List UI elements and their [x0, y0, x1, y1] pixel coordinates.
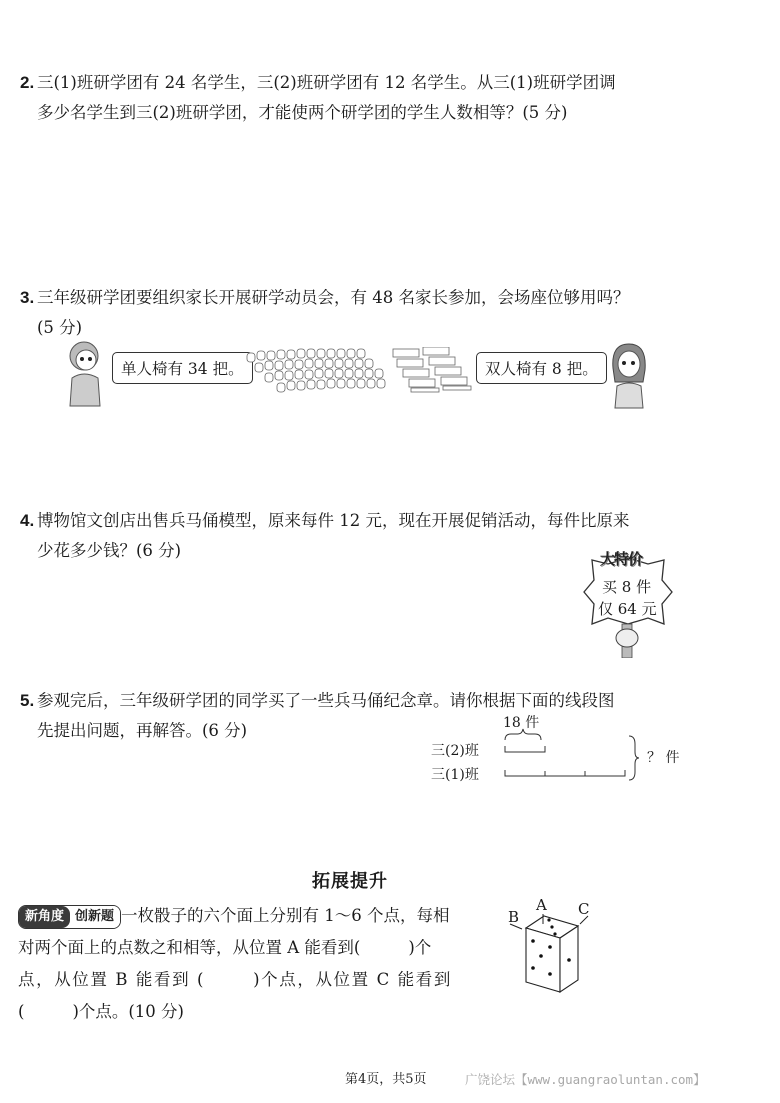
question-text: 三年级研学团要组织家长开展研学动员会，有 48 名家长参加，会场座位够用吗？ [37, 288, 630, 307]
question-text: 点，从位置 B 能看到 ( [18, 970, 205, 989]
watermark: 广饶论坛【www.guangraoluntan.com】 [465, 1070, 706, 1088]
speech-bubble-right: 双人椅有 8 把。 [476, 352, 607, 384]
question-text: )个点，从位置 C 能看到 [253, 970, 452, 989]
sale-sign-line1: 买 8 件 [602, 576, 651, 597]
question-text: 博物馆文创店出售兵马俑模型，原来每件 12 元，现在开展促销活动，每件比原来 [37, 511, 630, 530]
sale-sign-line2: 仅 64 元 [598, 598, 657, 619]
question-number: 3. [20, 283, 37, 313]
line-segment-diagram: 18 件 三(2)班 三(1)班 ？ 件 [425, 712, 685, 792]
die-label-c: C [578, 900, 589, 918]
question-number: 4. [20, 506, 37, 536]
tag-new-angle: 新角度 [19, 906, 70, 928]
question-tags: 新角度 创新题 [18, 905, 121, 929]
question-text: 三(1)班研学团有 24 名学生，三(2)班研学团有 12 名学生。从三(1)班… [37, 73, 616, 92]
die-diagram: A B C [498, 896, 598, 1006]
question-text: 对两个面上的点数之和相等，从位置 A 能看到( [18, 938, 360, 957]
girl-character-illustration [605, 338, 651, 410]
extension-question: 新角度 创新题 一枚骰子的六个面上分别有 1～6 个点，每相 对两个面上的点数之… [18, 900, 498, 1028]
page-number: 第4页，共5页 [345, 1068, 427, 1087]
section-title: 拓展提升 [0, 867, 700, 893]
total-label: ？ 件 [647, 747, 679, 767]
speech-bubble-left: 单人椅有 34 把。 [112, 352, 253, 384]
chairs-illustration [245, 347, 475, 405]
tag-innovation: 创新题 [70, 906, 120, 928]
die-label-a: A [536, 896, 547, 914]
question-2: 2.三(1)班研学团有 24 名学生，三(2)班研学团有 12 名学生。从三(1… [20, 68, 680, 128]
question-text: )个 [408, 938, 431, 957]
question-number: 2. [20, 68, 37, 98]
question-text: 多少名学生到三(2)班研学团，才能使两个研学团的学生人数相等？(5 分) [20, 98, 680, 128]
question-text: (5 分) [20, 313, 680, 343]
question-text: 参观完后，三年级研学团的同学买了一些兵马俑纪念章。请你根据下面的线段图 [37, 691, 615, 710]
sale-sign: 大特价 买 8 件 仅 64 元 [578, 546, 678, 658]
question-text: )个点。(10 分) [72, 1002, 184, 1021]
question-3: 3.三年级研学团要组织家长开展研学动员会，有 48 名家长参加，会场座位够用吗？… [20, 283, 680, 343]
boy-character-illustration [64, 336, 106, 408]
question-text: 一枚骰子的六个面上分别有 1～6 个点，每相 [121, 906, 450, 925]
sale-sign-header: 大特价 [600, 548, 642, 569]
question-number: 5. [20, 686, 37, 716]
die-label-b: B [508, 908, 519, 926]
question-text: ( [18, 1002, 24, 1021]
